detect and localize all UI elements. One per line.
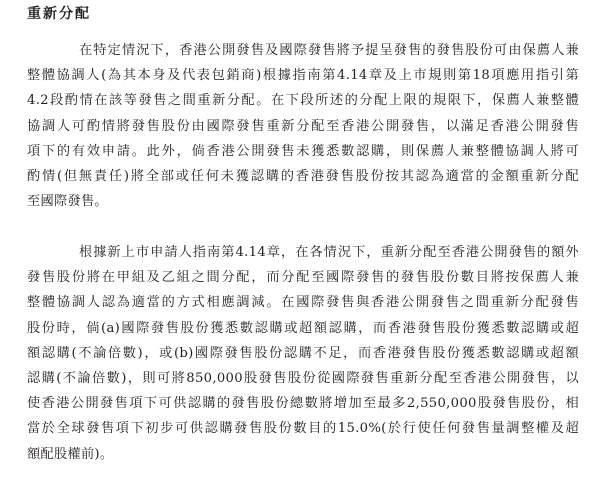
paragraph-reallocation-discretion: 在特定情況下，香港公開發售及國際發售將予提呈發售的發售股份可由保薦人兼 整體協調…	[27, 38, 579, 214]
paragraph-line: 在特定情況下，香港公開發售及國際發售將予提呈發售的發售股份可由保薦人兼	[27, 38, 579, 63]
paragraph-line: 至國際發售。	[27, 189, 579, 214]
paragraph-line: 額認購(不論倍數)，或(b)國際發售股份認購不足，而香港發售股份獲悉數認購或超額	[27, 341, 579, 366]
paragraph-line: 發售股份將在甲組及乙組之間分配，而分配至國際發售的發售股份數目將按保薦人兼	[27, 265, 579, 290]
paragraph-line: 4.2段酌情在該等發售之間重新分配。在下段所述的分配上限的規限下，保薦人兼整體	[27, 88, 579, 113]
paragraph-line: 項下的有效申請。此外，倘香港公開發售未獲悉數認購，則保薦人兼整體協調人將可	[27, 139, 579, 164]
paragraph-line: 認購(不論倍數)，則可將850,000股發售股份從國際發售重新分配至香港公開發售…	[27, 366, 579, 391]
paragraph-line: 根據新上市申請人指南第4.14章，在各情況下，重新分配至香港公開發售的額外	[27, 240, 579, 265]
paragraph-reallocation-cap: 根據新上市申請人指南第4.14章，在各情況下，重新分配至香港公開發售的額外 發售…	[27, 240, 579, 467]
paragraph-line: 當於全球發售項下初步可供認購發售股份數目的15.0%(於行使任何發售量調整權及超	[27, 416, 579, 441]
paragraph-line: 協調人可酌情將發售股份由國際發售重新分配至香港公開發售，以滿足香港公開發售	[27, 114, 579, 139]
paragraph-line: 額配股權前)。	[27, 442, 579, 467]
paragraph-line: 整體協調人認為適當的方式相應調減。在國際發售與香港公開發售之間重新分配發售	[27, 290, 579, 315]
paragraph-line: 酌情(但無責任)將全部或任何未獲認購的香港發售股份按其認為適當的金額重新分配	[27, 164, 579, 189]
paragraph-line: 使香港公開發售項下可供認購的發售股份總數將增加至最多2,550,000股發售股份…	[27, 391, 579, 416]
paragraph-line: 整體協調人(為其本身及代表包銷商)根據指南第4.14章及上市規則第18項應用指引…	[27, 63, 579, 88]
section-heading: 重新分配	[27, 5, 91, 23]
paragraph-line: 股份時，倘(a)國際發售股份獲悉數認購或超額認購，而香港發售股份獲悉數認購或超	[27, 316, 579, 341]
